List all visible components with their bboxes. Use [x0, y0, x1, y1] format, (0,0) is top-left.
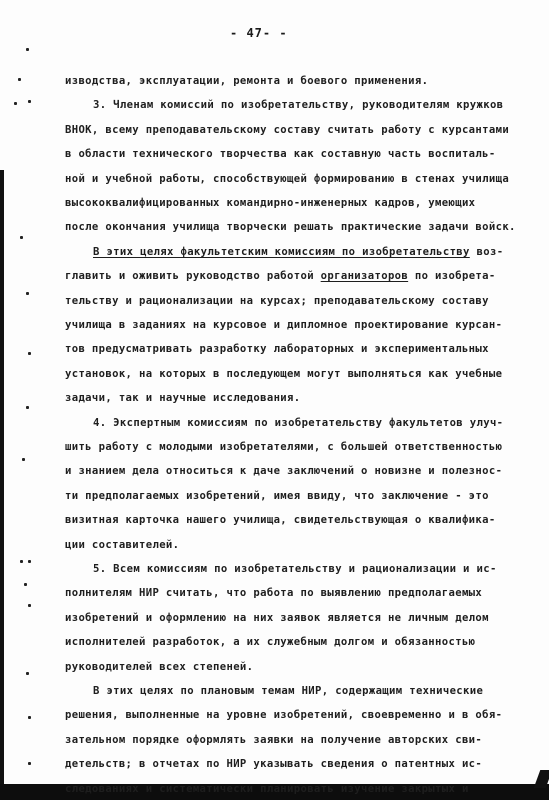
- text-line: ВНОК, всему преподавательскому составу с…: [65, 123, 509, 137]
- text-line: 3. Членам комиссий по изобретательству, …: [93, 98, 503, 112]
- scanned-page: - 47- - изводства, эксплуатации, ремонта…: [0, 0, 549, 800]
- line-text: детельств; в отчетах по НИР указывать св…: [65, 758, 482, 770]
- line-text: руководителей всех степеней.: [65, 661, 253, 673]
- text-line: В этих целях по плановым темам НИР, соде…: [93, 684, 483, 698]
- text-line: главить и оживить руководство работой ор…: [65, 269, 496, 283]
- line-text: после окончания училища творчески решать…: [65, 221, 516, 233]
- line-text: задачи, так и научные исследования.: [65, 392, 300, 404]
- text-line: задачи, так и научные исследования.: [65, 391, 300, 405]
- line-text: тов предусматривать разработку лаборатор…: [65, 343, 489, 355]
- line-text: зательном порядке оформлять заявки на по…: [65, 734, 482, 746]
- line-text: 3. Членам комиссий по изобретательству, …: [93, 99, 503, 111]
- line-text: ции составителей.: [65, 539, 179, 551]
- scan-speck: [26, 48, 29, 51]
- scan-speck: [28, 560, 31, 563]
- text-line: шить работу с молодыми изобретателями, с…: [65, 440, 502, 454]
- scan-corner: [534, 770, 549, 788]
- scan-left-edge: [0, 170, 4, 790]
- line-text: ти предполагаемых изобретений, имея ввид…: [65, 490, 489, 502]
- underlined-text: В этих целях факультетским комиссиям по …: [93, 246, 470, 258]
- text-line: высококвалифицированных командирно-инжен…: [65, 196, 475, 210]
- scan-speck: [14, 102, 17, 105]
- line-text: исполнителей разработок, а их служебным …: [65, 636, 475, 648]
- scan-speck: [20, 560, 23, 563]
- text-line: руководителей всех степеней.: [65, 660, 253, 674]
- line-text: визитная карточка нашего училища, свидет…: [65, 514, 496, 526]
- scan-speck: [28, 352, 31, 355]
- line-text: и знанием дела относиться к даче заключе…: [65, 465, 502, 477]
- line-text: изводства, эксплуатации, ремонта и боево…: [65, 75, 428, 87]
- text-line: следованиях и систематически планировать…: [65, 782, 469, 796]
- text-line: ной и учебной работы, способствующей фор…: [65, 172, 509, 186]
- line-text: в области технического творчества как со…: [65, 148, 496, 160]
- line-text: изобретений и оформлению на них заявок я…: [65, 612, 489, 624]
- scan-speck: [26, 292, 29, 295]
- text-line: тельству и рационализации на курсах; пре…: [65, 294, 489, 308]
- line-text: шить работу с молодыми изобретателями, с…: [65, 441, 502, 453]
- line-text: ной и учебной работы, способствующей фор…: [65, 173, 509, 185]
- line-text: решения, выполненные на уровне изобретен…: [65, 709, 502, 721]
- line-text: главить и оживить руководство работой: [65, 270, 321, 282]
- line-text: высококвалифицированных командирно-инжен…: [65, 197, 475, 209]
- line-text: тельству и рационализации на курсах; пре…: [65, 295, 489, 307]
- text-line: исполнителей разработок, а их служебным …: [65, 635, 475, 649]
- scan-speck: [22, 458, 25, 461]
- line-text: 4. Экспертным комиссиям по изобретательс…: [93, 417, 503, 429]
- text-line: после окончания училища творчески решать…: [65, 220, 516, 234]
- scan-speck: [28, 762, 31, 765]
- scan-speck: [24, 583, 27, 586]
- scan-speck: [28, 716, 31, 719]
- line-text: В этих целях по плановым темам НИР, соде…: [93, 685, 483, 697]
- line-text: ВНОК, всему преподавательскому составу с…: [65, 124, 509, 136]
- line-text: установок, на которых в последующем могу…: [65, 368, 502, 380]
- scan-speck: [26, 672, 29, 675]
- text-line: тов предусматривать разработку лаборатор…: [65, 342, 489, 356]
- line-text: следованиях и систематически планировать…: [65, 783, 469, 795]
- text-line: решения, выполненные на уровне изобретен…: [65, 708, 502, 722]
- text-line: полнителям НИР считать, что работа по вы…: [65, 586, 482, 600]
- text-line: изводства, эксплуатации, ремонта и боево…: [65, 74, 428, 88]
- text-line: 5. Всем комиссиям по изобретательству и …: [93, 562, 497, 576]
- text-line: изобретений и оформлению на них заявок я…: [65, 611, 489, 625]
- text-line: установок, на которых в последующем могу…: [65, 367, 502, 381]
- text-line: зательном порядке оформлять заявки на по…: [65, 733, 482, 747]
- text-line: ции составителей.: [65, 538, 179, 552]
- underlined-text: организаторов: [321, 270, 408, 282]
- text-line: и знанием дела относиться к даче заключе…: [65, 464, 502, 478]
- page-number: - 47- -: [230, 26, 288, 40]
- line-text: полнителям НИР считать, что работа по вы…: [65, 587, 482, 599]
- text-line: 4. Экспертным комиссиям по изобретательс…: [93, 416, 503, 430]
- line-text: 5. Всем комиссиям по изобретательству и …: [93, 563, 497, 575]
- text-line: детельств; в отчетах по НИР указывать св…: [65, 757, 482, 771]
- scan-speck: [18, 78, 21, 81]
- text-line: В этих целях факультетским комиссиям по …: [93, 245, 503, 259]
- scan-speck: [20, 236, 23, 239]
- line-text: училища в заданиях на курсовое и дипломн…: [65, 319, 502, 331]
- scan-speck: [28, 100, 31, 103]
- scan-speck: [28, 604, 31, 607]
- text-line: визитная карточка нашего училища, свидет…: [65, 513, 496, 527]
- text-line: училища в заданиях на курсовое и дипломн…: [65, 318, 502, 332]
- text-line: ти предполагаемых изобретений, имея ввид…: [65, 489, 489, 503]
- scan-speck: [26, 406, 29, 409]
- line-text: по изобрета-: [408, 270, 495, 282]
- line-text: воз-: [470, 246, 504, 258]
- text-line: в области технического творчества как со…: [65, 147, 496, 161]
